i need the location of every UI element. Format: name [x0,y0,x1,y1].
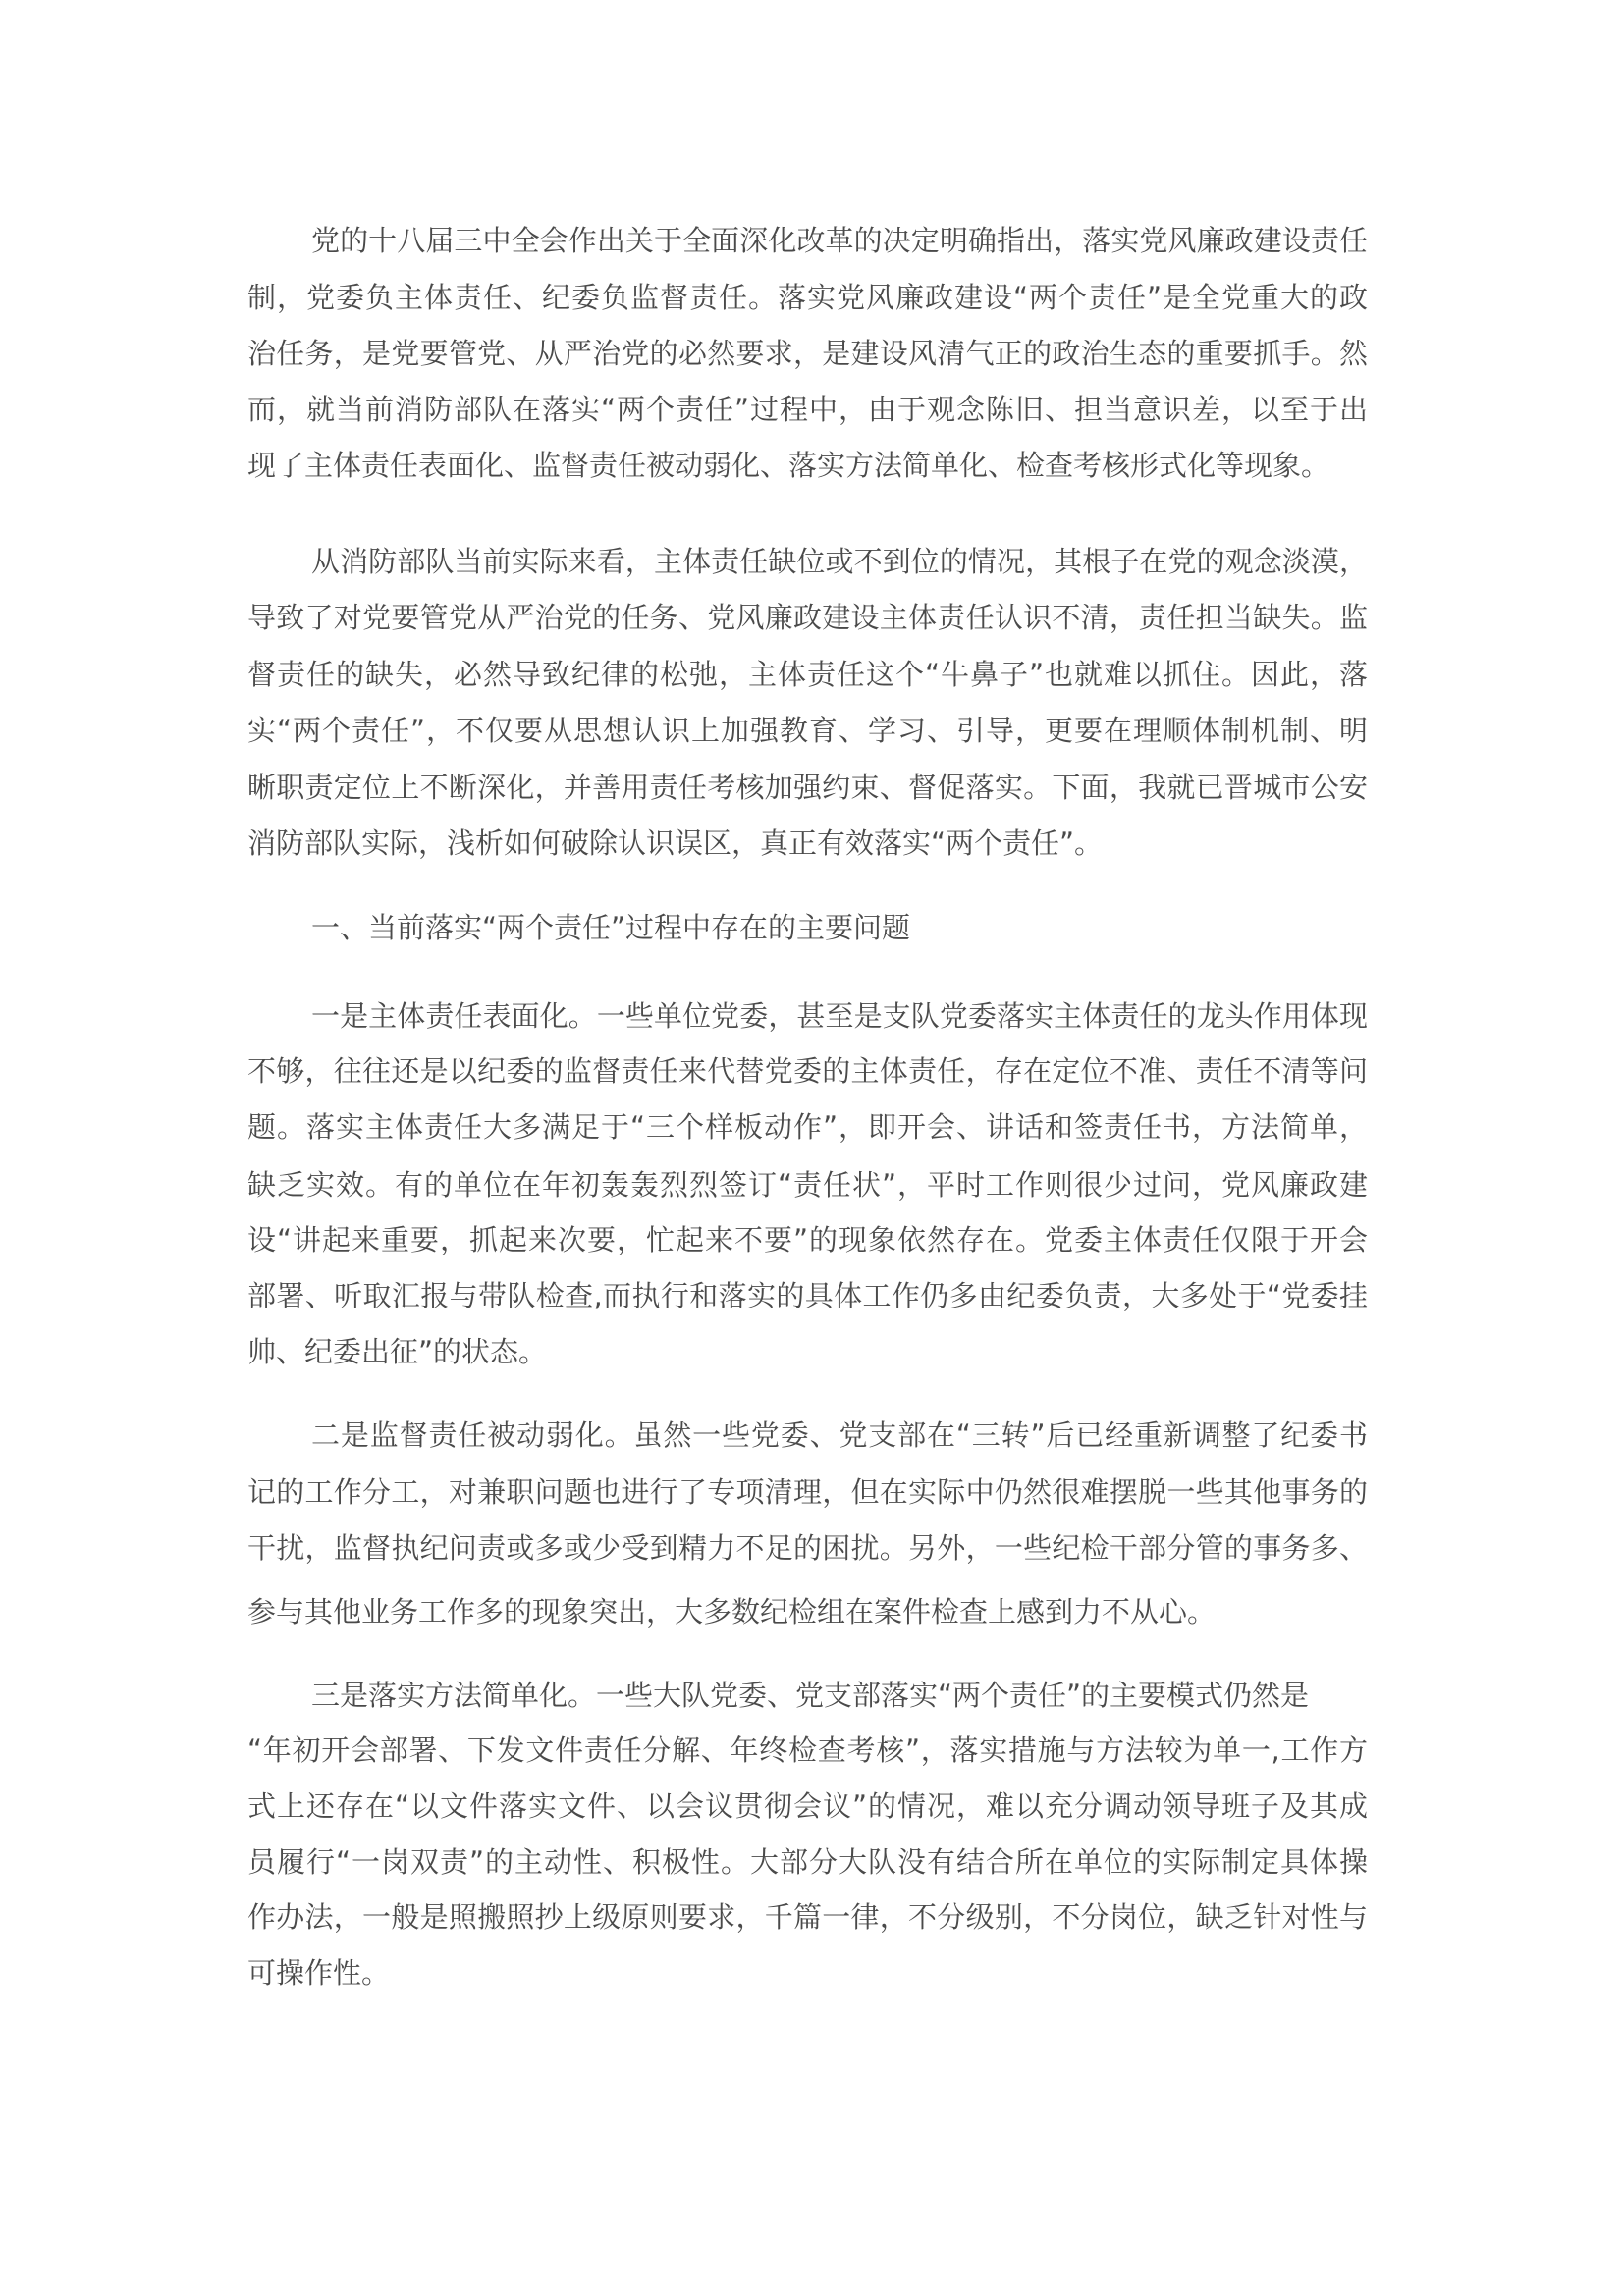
paragraph-intro-line-1: 党的十八届三中全会作出关于全面深化改革的决定明确指出，落实党风廉政建设责任 [311,221,1368,260]
paragraph-problem-2-line-4: 参与其他业务工作多的现象突出，大多数纪检组在案件检查上感到力不从心。 [247,1592,1368,1631]
paragraph-problem-1-line-6: 部署、听取汇报与带队检查,而执行和落实的具体工作仍多由纪委负责，大多处于“党委挂 [247,1276,1368,1315]
paragraph-problem-1-line-7: 帅、纪委出征”的状态。 [247,1332,1368,1371]
paragraph-context-line-2: 导致了对党要管党从严治党的任务、党风廉政建设主体责任认识不清，责任担当缺失。监 [247,598,1368,637]
paragraph-problem-1-line-5: 设“讲起来重要，抓起来次要，忙起来不要”的现象依然存在。党委主体责任仅限于开会 [247,1220,1368,1259]
paragraph-intro-line-4: 而，就当前消防部队在落实“两个责任”过程中，由于观念陈旧、担当意识差，以至于出 [247,390,1368,429]
paragraph-problem-1-line-3: 题。落实主体责任大多满足于“三个样板动作”，即开会、讲话和签责任书，方法简单， [247,1107,1368,1147]
paragraph-problem-1-line-2: 不够，往往还是以纪委的监督责任来代替党委的主体责任，存在定位不准、责任不清等问 [247,1051,1368,1091]
paragraph-context-line-6: 消防部队实际，浅析如何破除认识误区，真正有效落实“两个责任”。 [247,824,1368,863]
paragraph-problem-3-line-4: 员履行“一岗双责”的主动性、积极性。大部分大队没有结合所在单位的实际制定具体操 [247,1842,1368,1882]
paragraph-context-line-1: 从消防部队当前实际来看，主体责任缺位或不到位的情况，其根子在党的观念淡漠， [311,542,1368,581]
paragraph-problem-2-line-3: 干扰，监督执纪问责或多或少受到精力不足的困扰。另外，一些纪检干部分管的事务多、 [247,1528,1368,1568]
paragraph-intro-line-3: 治任务，是党要管党、从严治党的必然要求，是建设风清气正的政治生态的重要抓手。然 [247,334,1368,373]
paragraph-problem-1-line-4: 缺乏实效。有的单位在年初轰轰烈烈签订“责任状”，平时工作则很少过问，党风廉政建 [247,1165,1368,1204]
section-heading: 一、当前落实“两个责任”过程中存在的主要问题 [311,908,1368,947]
paragraph-problem-3-line-2: “年初开会部署、下发文件责任分解、年终检查考核”，落实措施与方法较为单一,工作方 [247,1731,1368,1770]
paragraph-context-line-3: 督责任的缺失，必然导致纪律的松弛，主体责任这个“牛鼻子”也就难以抓住。因此，落 [247,655,1368,694]
paragraph-problem-3-line-6: 可操作性。 [247,1953,1368,1993]
document-page: 党的十八届三中全会作出关于全面深化改革的决定明确指出，落实党风廉政建设责任 制，… [0,0,1624,2296]
paragraph-problem-1-line-1: 一是主体责任表面化。一些单位党委，甚至是支队党委落实主体责任的龙头作用体现 [311,996,1368,1036]
paragraph-problem-3-line-3: 式上还存在“以文件落实文件、以会议贯彻会议”的情况，难以充分调动领导班子及其成 [247,1787,1368,1826]
paragraph-intro-line-2: 制，党委负主体责任、纪委负监督责任。落实党风廉政建设“两个责任”是全党重大的政 [247,278,1368,317]
paragraph-problem-3-line-5: 作办法，一般是照搬照抄上级原则要求，千篇一律，不分级别，不分岗位，缺乏针对性与 [247,1897,1368,1937]
paragraph-context-line-5: 晰职责定位上不断深化，并善用责任考核加强约束、督促落实。下面，我就已晋城市公安 [247,768,1368,807]
paragraph-problem-2-line-2: 记的工作分工，对兼职问题也进行了专项清理，但在实际中仍然很难摆脱一些其他事务的 [247,1472,1368,1512]
paragraph-intro-line-5: 现了主体责任表面化、监督责任被动弱化、落实方法简单化、检查考核形式化等现象。 [247,446,1368,485]
paragraph-context-line-4: 实“两个责任”，不仅要从思想认识上加强教育、学习、引导，更要在理顺体制机制、明 [247,711,1368,750]
paragraph-problem-3-line-1: 三是落实方法简单化。一些大队党委、党支部落实“两个责任”的主要模式仍然是 [311,1676,1368,1715]
paragraph-problem-2-line-1: 二是监督责任被动弱化。虽然一些党委、党支部在“三转”后已经重新调整了纪委书 [311,1415,1368,1455]
